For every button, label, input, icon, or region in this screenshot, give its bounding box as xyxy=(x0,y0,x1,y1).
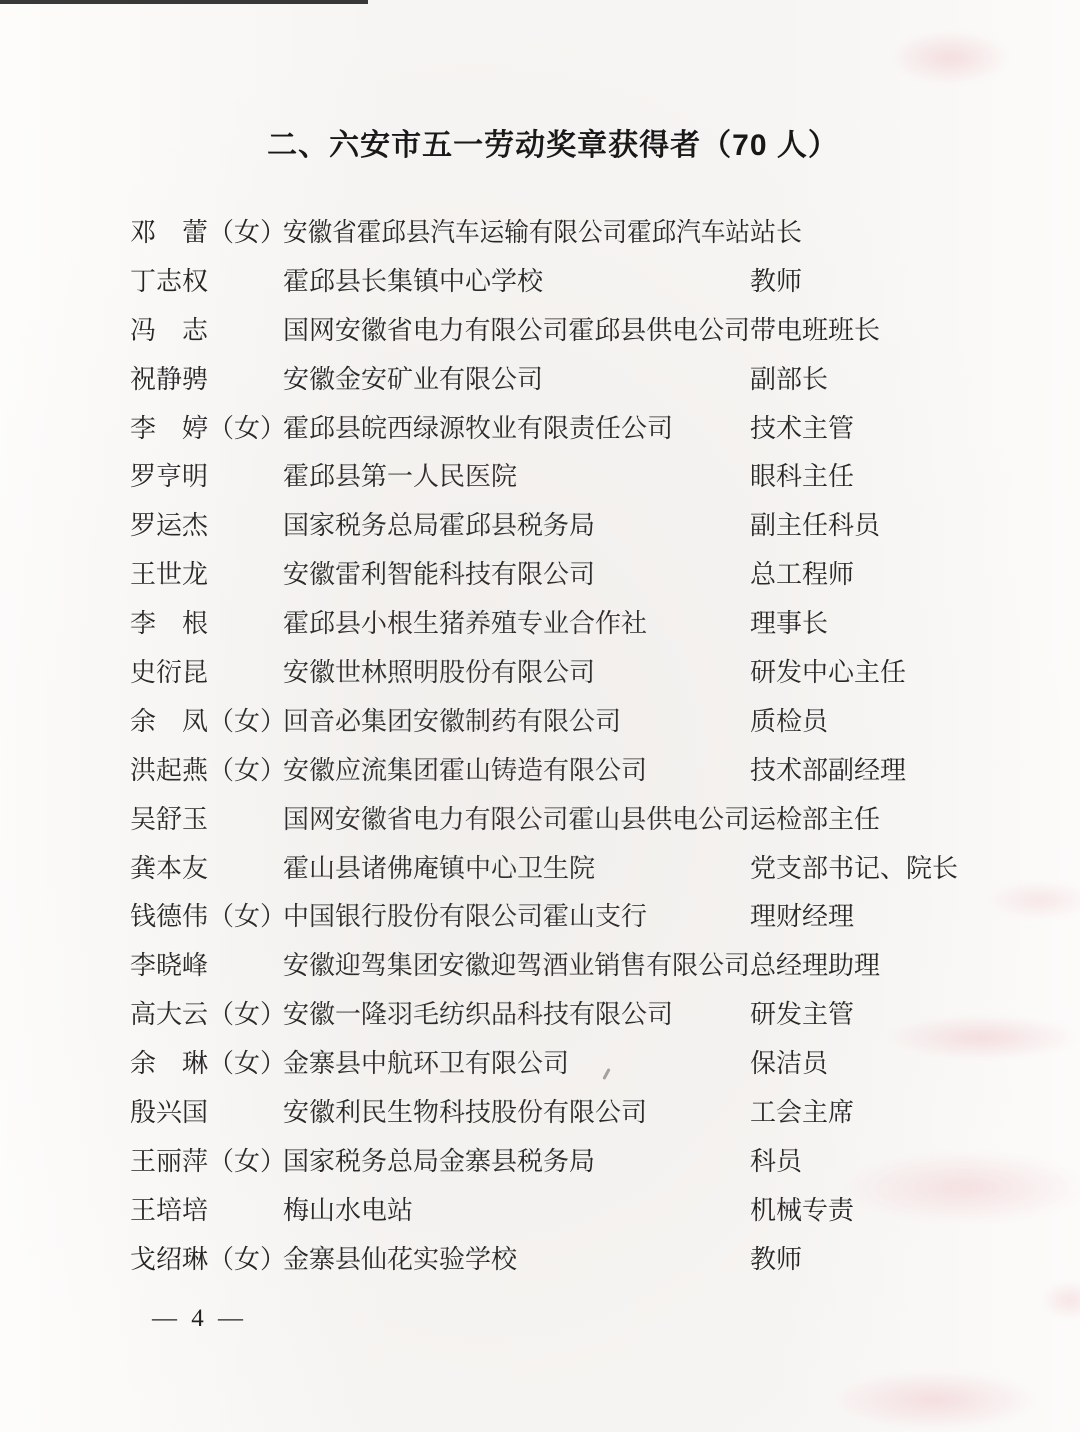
awardee-organization: 梅山水电站 xyxy=(283,1190,750,1227)
awardee-name: 史衍昆 xyxy=(130,652,283,689)
awardee-position: 教师 xyxy=(750,1239,1080,1276)
awardee-row: 邓 蕾（女） 安徽省霍邱县汽车运输有限公司霍邱汽车站 站长 xyxy=(0,206,1080,255)
scan-edge-artifact xyxy=(0,0,368,4)
awardee-position: 教师 xyxy=(750,261,1080,298)
awardee-name: 罗运杰 xyxy=(130,505,283,542)
awardee-position: 理财经理 xyxy=(750,896,1080,933)
awardee-organization: 霍邱县第一人民医院 xyxy=(283,456,750,493)
page-number: — 4 — xyxy=(152,1305,247,1333)
awardee-row: 冯 志 国网安徽省电力有限公司霍邱县供电公司 带电班班长 xyxy=(0,304,1080,353)
awardee-name: 余 凤（女） xyxy=(130,701,283,738)
awardee-row: 李 根 霍邱县小根生猪养殖专业合作社 理事长 xyxy=(0,597,1080,646)
awardee-name: 李晓峰 xyxy=(130,945,283,982)
pink-smudge-artifact xyxy=(830,1370,1040,1430)
awardee-name: 冯 志 xyxy=(130,310,283,347)
awardee-organization: 国家税务总局金寨县税务局 xyxy=(283,1141,750,1178)
scanned-document-page: 二、六安市五一劳动奖章获得者（70 人） 邓 蕾（女） 安徽省霍邱县汽车运输有限… xyxy=(0,0,1080,1432)
awardee-row: 钱德伟（女） 中国银行股份有限公司霍山支行 理财经理 xyxy=(0,890,1080,939)
awardee-name: 丁志权 xyxy=(130,261,283,298)
awardee-row: 龚本友 霍山县诸佛庵镇中心卫生院 党支部书记、院长 xyxy=(0,842,1080,891)
awardee-organization: 安徽应流集团霍山铸造有限公司 xyxy=(283,750,750,787)
awardee-organization: 国网安徽省电力有限公司霍邱县供电公司 xyxy=(283,310,749,347)
awardee-name: 余 琳（女） xyxy=(130,1043,283,1080)
awardee-organization: 霍邱县长集镇中心学校 xyxy=(283,261,750,298)
awardee-organization: 安徽一隆羽毛纺织品科技有限公司 xyxy=(283,994,750,1031)
awardee-position: 理事长 xyxy=(750,603,1080,640)
awardee-organization: 国网安徽省电力有限公司霍山县供电公司 xyxy=(283,799,749,836)
pink-smudge-artifact xyxy=(1040,1280,1080,1320)
awardee-position: 技术部副经理 xyxy=(750,750,1080,787)
awardee-organization: 安徽世林照明股份有限公司 xyxy=(283,652,750,689)
awardee-position: 保洁员 xyxy=(750,1043,1080,1080)
awardee-position: 质检员 xyxy=(750,701,1080,738)
awardee-position: 工会主席 xyxy=(750,1092,1080,1129)
awardee-organization: 安徽省霍邱县汽车运输有限公司霍邱汽车站 xyxy=(283,212,724,249)
awardee-row: 殷兴国 安徽利民生物科技股份有限公司 工会主席 xyxy=(0,1086,1080,1135)
awardee-position: 机械专责 xyxy=(750,1190,1080,1227)
awardee-position: 研发主管 xyxy=(750,994,1080,1031)
awardee-name: 高大云（女） xyxy=(130,994,283,1031)
awardee-name: 李 婷（女） xyxy=(130,408,283,445)
awardee-row: 余 琳（女） 金寨县中航环卫有限公司 保洁员 xyxy=(0,1037,1080,1086)
pink-smudge-artifact xyxy=(890,30,1010,85)
awardee-row: 罗亨明 霍邱县第一人民医院 眼科主任 xyxy=(0,450,1080,499)
awardee-position: 运检部主任 xyxy=(750,799,1080,836)
awardee-row: 王丽萍（女） 国家税务总局金寨县税务局 科员 xyxy=(0,1135,1080,1184)
awardee-organization: 安徽雷利智能科技有限公司 xyxy=(283,554,750,591)
awardee-row: 丁志权 霍邱县长集镇中心学校 教师 xyxy=(0,255,1080,304)
awardee-row: 祝静骋 安徽金安矿业有限公司 副部长 xyxy=(0,353,1080,402)
awardee-name: 李 根 xyxy=(130,603,283,640)
awardee-organization: 金寨县中航环卫有限公司 xyxy=(283,1043,750,1080)
awardee-row: 高大云（女） 安徽一隆羽毛纺织品科技有限公司 研发主管 xyxy=(0,988,1080,1037)
awardee-position: 科员 xyxy=(750,1141,1080,1178)
awardee-row: 吴舒玉 国网安徽省电力有限公司霍山县供电公司 运检部主任 xyxy=(0,793,1080,842)
awardee-row: 罗运杰 国家税务总局霍邱县税务局 副主任科员 xyxy=(0,499,1080,548)
awardee-row: 李 婷（女） 霍邱县皖西绿源牧业有限责任公司 技术主管 xyxy=(0,402,1080,451)
awardee-position: 眼科主任 xyxy=(750,456,1080,493)
awardee-position: 副部长 xyxy=(750,359,1080,396)
awardee-position: 研发中心主任 xyxy=(750,652,1080,689)
awardee-organization: 霍邱县皖西绿源牧业有限责任公司 xyxy=(283,408,750,445)
awardee-name: 王培培 xyxy=(130,1190,283,1227)
awardee-position: 总经理助理 xyxy=(750,945,1080,982)
awardee-name: 吴舒玉 xyxy=(130,799,283,836)
awardee-position: 总工程师 xyxy=(750,554,1080,591)
awardee-organization: 中国银行股份有限公司霍山支行 xyxy=(283,896,750,933)
awardee-row: 史衍昆 安徽世林照明股份有限公司 研发中心主任 xyxy=(0,646,1080,695)
awardee-position: 技术主管 xyxy=(750,408,1080,445)
awardee-row: 王世龙 安徽雷利智能科技有限公司 总工程师 xyxy=(0,548,1080,597)
awardee-organization: 安徽金安矿业有限公司 xyxy=(283,359,750,396)
awardee-position: 副主任科员 xyxy=(750,505,1080,542)
awardee-name: 王丽萍（女） xyxy=(130,1141,283,1178)
awardee-name: 洪起燕（女） xyxy=(130,750,283,787)
awardee-name: 戈绍琳（女） xyxy=(130,1239,283,1276)
awardee-name: 王世龙 xyxy=(130,554,283,591)
awardee-name: 邓 蕾（女） xyxy=(130,212,283,249)
awardee-organization: 霍邱县小根生猪养殖专业合作社 xyxy=(283,603,750,640)
awardee-position: 站长 xyxy=(750,212,1080,249)
awardee-name: 祝静骋 xyxy=(130,359,283,396)
awardee-organization: 安徽迎驾集团安徽迎驾酒业销售有限公司 xyxy=(283,945,749,982)
awardee-name: 钱德伟（女） xyxy=(130,896,283,933)
awardee-name: 龚本友 xyxy=(130,848,283,885)
page-title: 二、六安市五一劳动奖章获得者（70 人） xyxy=(0,120,1080,164)
awardees-list: 邓 蕾（女） 安徽省霍邱县汽车运输有限公司霍邱汽车站 站长 丁志权 霍邱县长集镇… xyxy=(0,206,1080,1282)
awardee-row: 余 凤（女） 回音必集团安徽制药有限公司 质检员 xyxy=(0,695,1080,744)
awardee-organization: 回音必集团安徽制药有限公司 xyxy=(283,701,750,738)
awardee-position: 党支部书记、院长 xyxy=(750,848,1080,885)
awardee-row: 戈绍琳（女） 金寨县仙花实验学校 教师 xyxy=(0,1233,1080,1282)
awardee-row: 洪起燕（女） 安徽应流集团霍山铸造有限公司 技术部副经理 xyxy=(0,744,1080,793)
awardee-name: 殷兴国 xyxy=(130,1092,283,1129)
awardee-name: 罗亨明 xyxy=(130,456,283,493)
awardee-organization: 霍山县诸佛庵镇中心卫生院 xyxy=(283,848,750,885)
awardee-position: 带电班班长 xyxy=(750,310,1080,347)
awardee-organization: 国家税务总局霍邱县税务局 xyxy=(283,505,750,542)
awardee-organization: 金寨县仙花实验学校 xyxy=(283,1239,750,1276)
awardee-organization: 安徽利民生物科技股份有限公司 xyxy=(283,1092,750,1129)
awardee-row: 李晓峰 安徽迎驾集团安徽迎驾酒业销售有限公司 总经理助理 xyxy=(0,939,1080,988)
awardee-row: 王培培 梅山水电站 机械专责 xyxy=(0,1184,1080,1233)
